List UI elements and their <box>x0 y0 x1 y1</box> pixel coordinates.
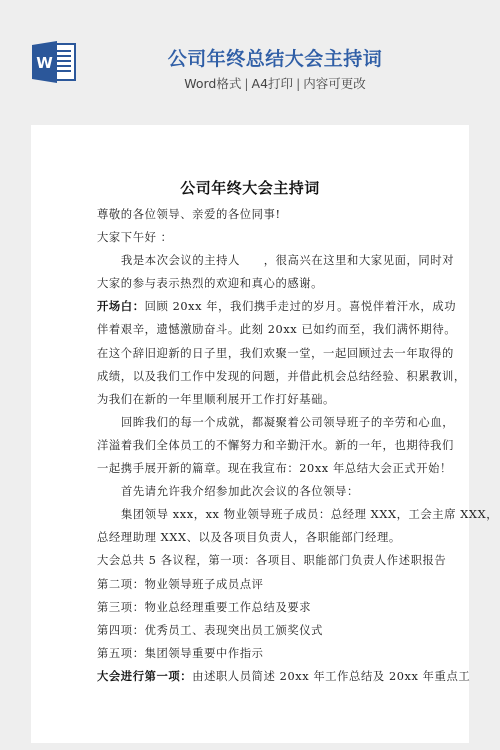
subtitle-separator: | <box>296 76 300 91</box>
paragraph-line: 在这个辞旧迎新的日子里，我们欢聚一堂，一起回顾过去一年取得的 <box>97 342 407 365</box>
greeting-line: 尊敬的各位领导、亲爱的各位同事! <box>97 203 407 226</box>
agenda-first-item-line: 大会进行第一项：由述职人员简述 20xx 年工作总结及 20xx 年重点工 <box>97 665 407 688</box>
document-body: 尊敬的各位领导、亲爱的各位同事! 大家下午好 ： 我是本次会议的主持人 ，很高兴… <box>97 203 407 688</box>
opening-remarks-label: 开场白： <box>97 300 145 313</box>
agenda-line: 第四项：优秀员工、表现突出员工颁奖仪式 <box>97 619 407 642</box>
svg-text:W: W <box>36 54 53 72</box>
agenda-line: 第三项：物业总经理重要工作总结及要求 <box>97 596 407 619</box>
header-title: 公司年终总结大会主持词 <box>160 44 390 71</box>
document-title: 公司年终大会主持词 <box>31 177 469 198</box>
document-page: 公司年终大会主持词 尊敬的各位领导、亲爱的各位同事! 大家下午好 ： 我是本次会… <box>31 125 469 743</box>
agenda-first-item-text: 由述职人员简述 20xx 年工作总结及 20xx 年重点工 <box>192 670 470 683</box>
paragraph-line: 大家的参与表示热烈的欢迎和真心的感谢。 <box>97 272 407 295</box>
paragraph-line: 成绩，以及我们工作中发现的问题，并借此机会总结经验、积累教训， <box>97 365 407 388</box>
subtitle-print: A4打印 <box>252 76 294 91</box>
subtitle-separator: | <box>244 76 248 91</box>
agenda-line: 第二项：物业领导班子成员点评 <box>97 573 407 596</box>
opening-remarks-line: 开场白：回顾 20xx 年，我们携手走过的岁月。喜悦伴着汗水，成功 <box>97 295 407 318</box>
paragraph-line: 集团领导 xxx，xx 物业领导班子成员：总经理 XXX，工会主席 XXX， <box>97 503 407 526</box>
paragraph-line: 洋溢着我们全体员工的不懈努力和辛勤汗水。新的一年，也期待我们 <box>97 434 407 457</box>
paragraph-line: 回眸我们的每一个成就，都凝聚着公司领导班子的辛劳和心血， <box>97 411 407 434</box>
agenda-first-item-label: 大会进行第一项： <box>97 670 192 683</box>
word-document-icon: W <box>31 40 77 84</box>
opening-remarks-text: 回顾 20xx 年，我们携手走过的岁月。喜悦伴着汗水，成功 <box>145 300 457 313</box>
agenda-line: 大会总共 5 各议程，第一项：各项目、职能部门负责人作述职报告 <box>97 549 407 572</box>
paragraph-line: 我是本次会议的主持人 ，很高兴在这里和大家见面，同时对 <box>97 249 407 272</box>
subtitle-editable: 内容可更改 <box>303 76 366 91</box>
header-subtitle: Word格式|A4打印|内容可更改 <box>160 74 390 92</box>
header-banner: W 公司年终总结大会主持词 Word格式|A4打印|内容可更改 <box>0 0 500 120</box>
paragraph-line: 为我们在新的一年里顺利展开工作打好基础。 <box>97 388 407 411</box>
paragraph-line: 一起携手展开新的篇章。现在我宣布：20xx 年总结大会正式开始！ <box>97 457 407 480</box>
agenda-line: 第五项：集团领导重要中作指示 <box>97 642 407 665</box>
paragraph-line: 首先请允许我介绍参加此次会议的各位领导： <box>97 480 407 503</box>
paragraph-line: 总经理助理 XXX、以及各项目负责人，各职能部门经理。 <box>97 526 407 549</box>
greeting-line: 大家下午好 ： <box>97 226 407 249</box>
paragraph-line: 伴着艰辛，遗憾激励奋斗。此刻 20xx 已如约而至，我们满怀期待。 <box>97 318 407 341</box>
subtitle-format: Word格式 <box>184 76 241 91</box>
